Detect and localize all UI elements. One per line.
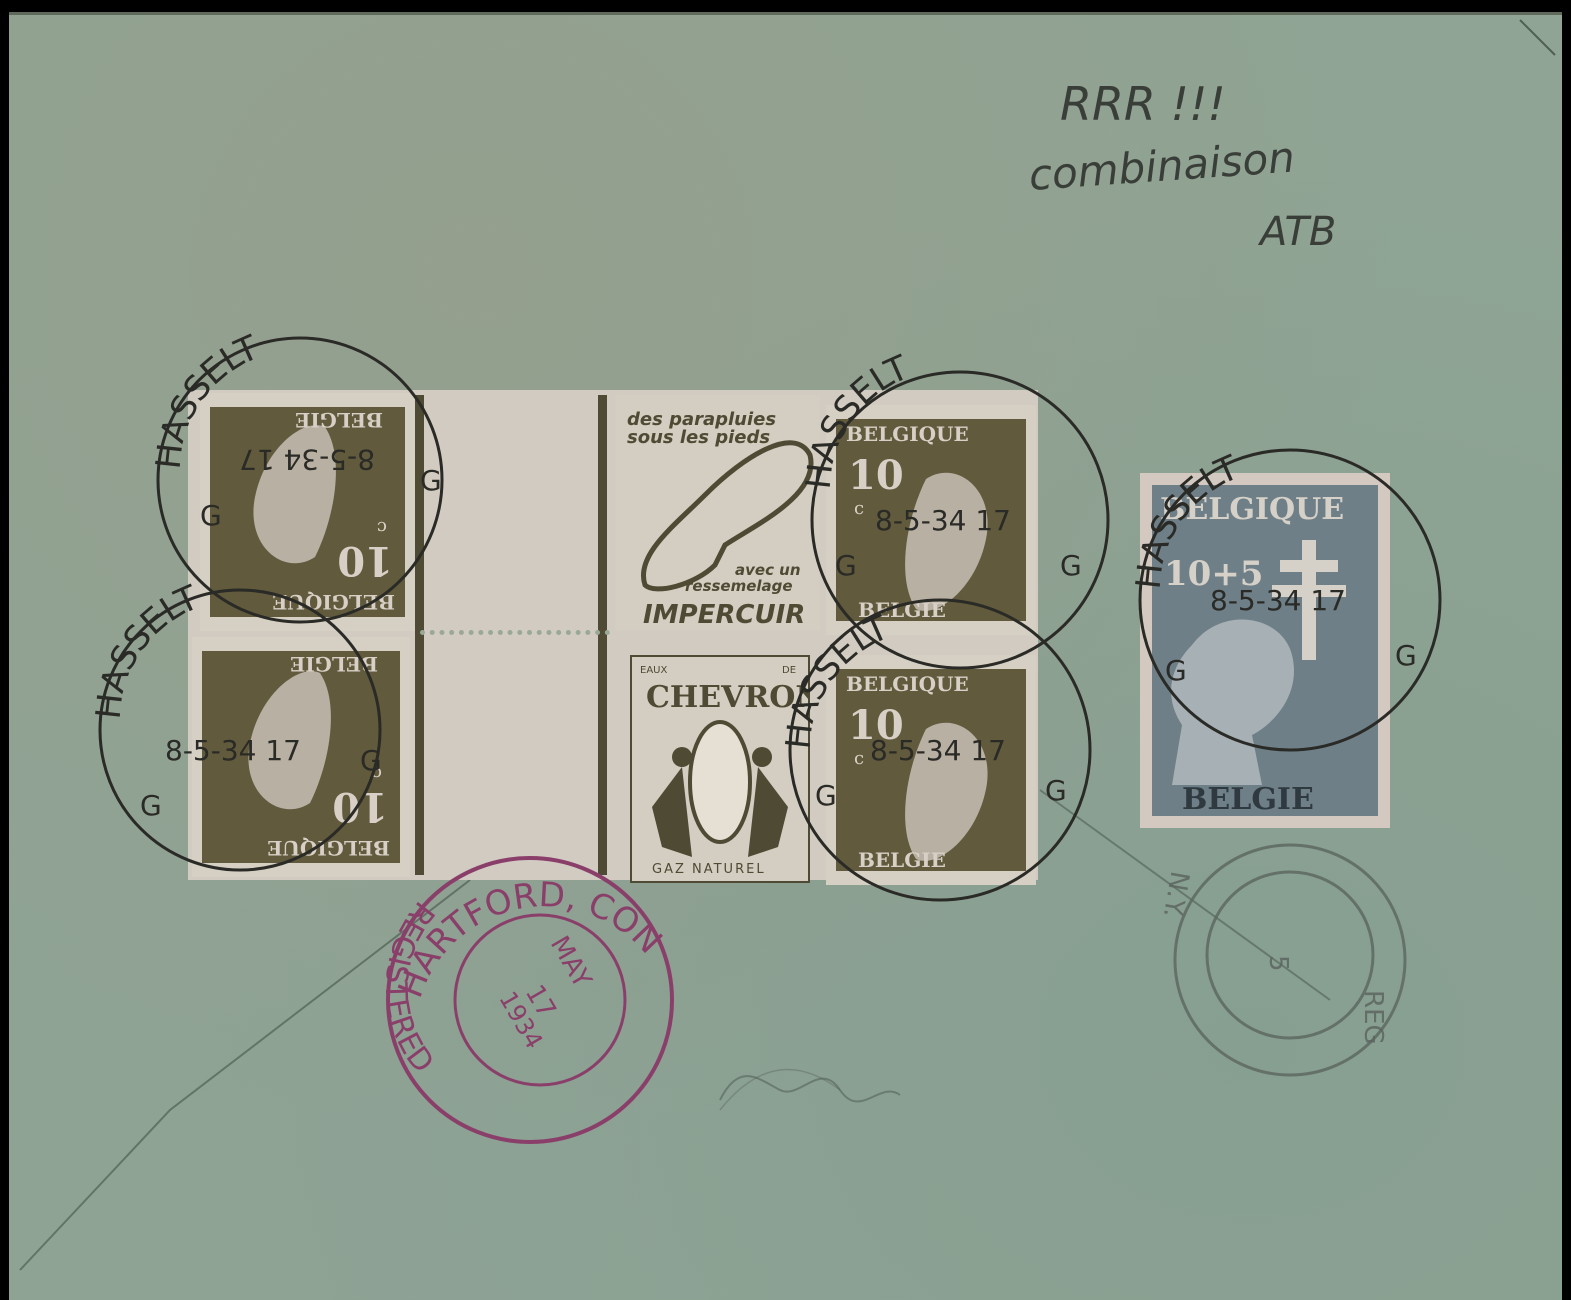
svg-text:HASSELT: HASSELT: [88, 578, 204, 721]
svg-text:G: G: [835, 549, 857, 582]
svg-text:8-5-34 17: 8-5-34 17: [870, 734, 1006, 767]
svg-text:8-5-34 17: 8-5-34 17: [875, 504, 1011, 537]
svg-text:G: G: [200, 499, 222, 532]
svg-text:MAY: MAY: [544, 931, 597, 993]
svg-text:N.Y.: N.Y.: [1157, 869, 1195, 920]
svg-text:8-5-34 17: 8-5-34 17: [1210, 584, 1346, 617]
svg-text:G: G: [420, 464, 442, 497]
svg-text:G: G: [1165, 654, 1187, 687]
svg-text:G: G: [1060, 549, 1082, 582]
signature-scribble: [720, 1076, 900, 1101]
svg-text:G: G: [1395, 639, 1417, 672]
svg-text:HARTFORD, CONN.: HARTFORD, CONN.: [0, 0, 670, 1003]
svg-text:HASSELT: HASSELT: [1128, 448, 1244, 591]
svg-text:8-5-34 17: 8-5-34 17: [165, 734, 301, 767]
postmarks-layer: HASSELT HASSELT HASSELT HASSELT HASSELT …: [0, 0, 1571, 1300]
svg-text:REG: REG: [1358, 990, 1388, 1045]
svg-text:5: 5: [1263, 955, 1293, 972]
svg-text:G: G: [140, 789, 162, 822]
svg-text:HASSELT: HASSELT: [798, 348, 914, 491]
svg-text:G: G: [360, 744, 382, 777]
svg-text:8-5-34 17: 8-5-34 17: [239, 443, 375, 476]
svg-text:G: G: [815, 779, 837, 812]
svg-text:G: G: [1045, 774, 1067, 807]
svg-text:HASSELT: HASSELT: [778, 608, 894, 751]
